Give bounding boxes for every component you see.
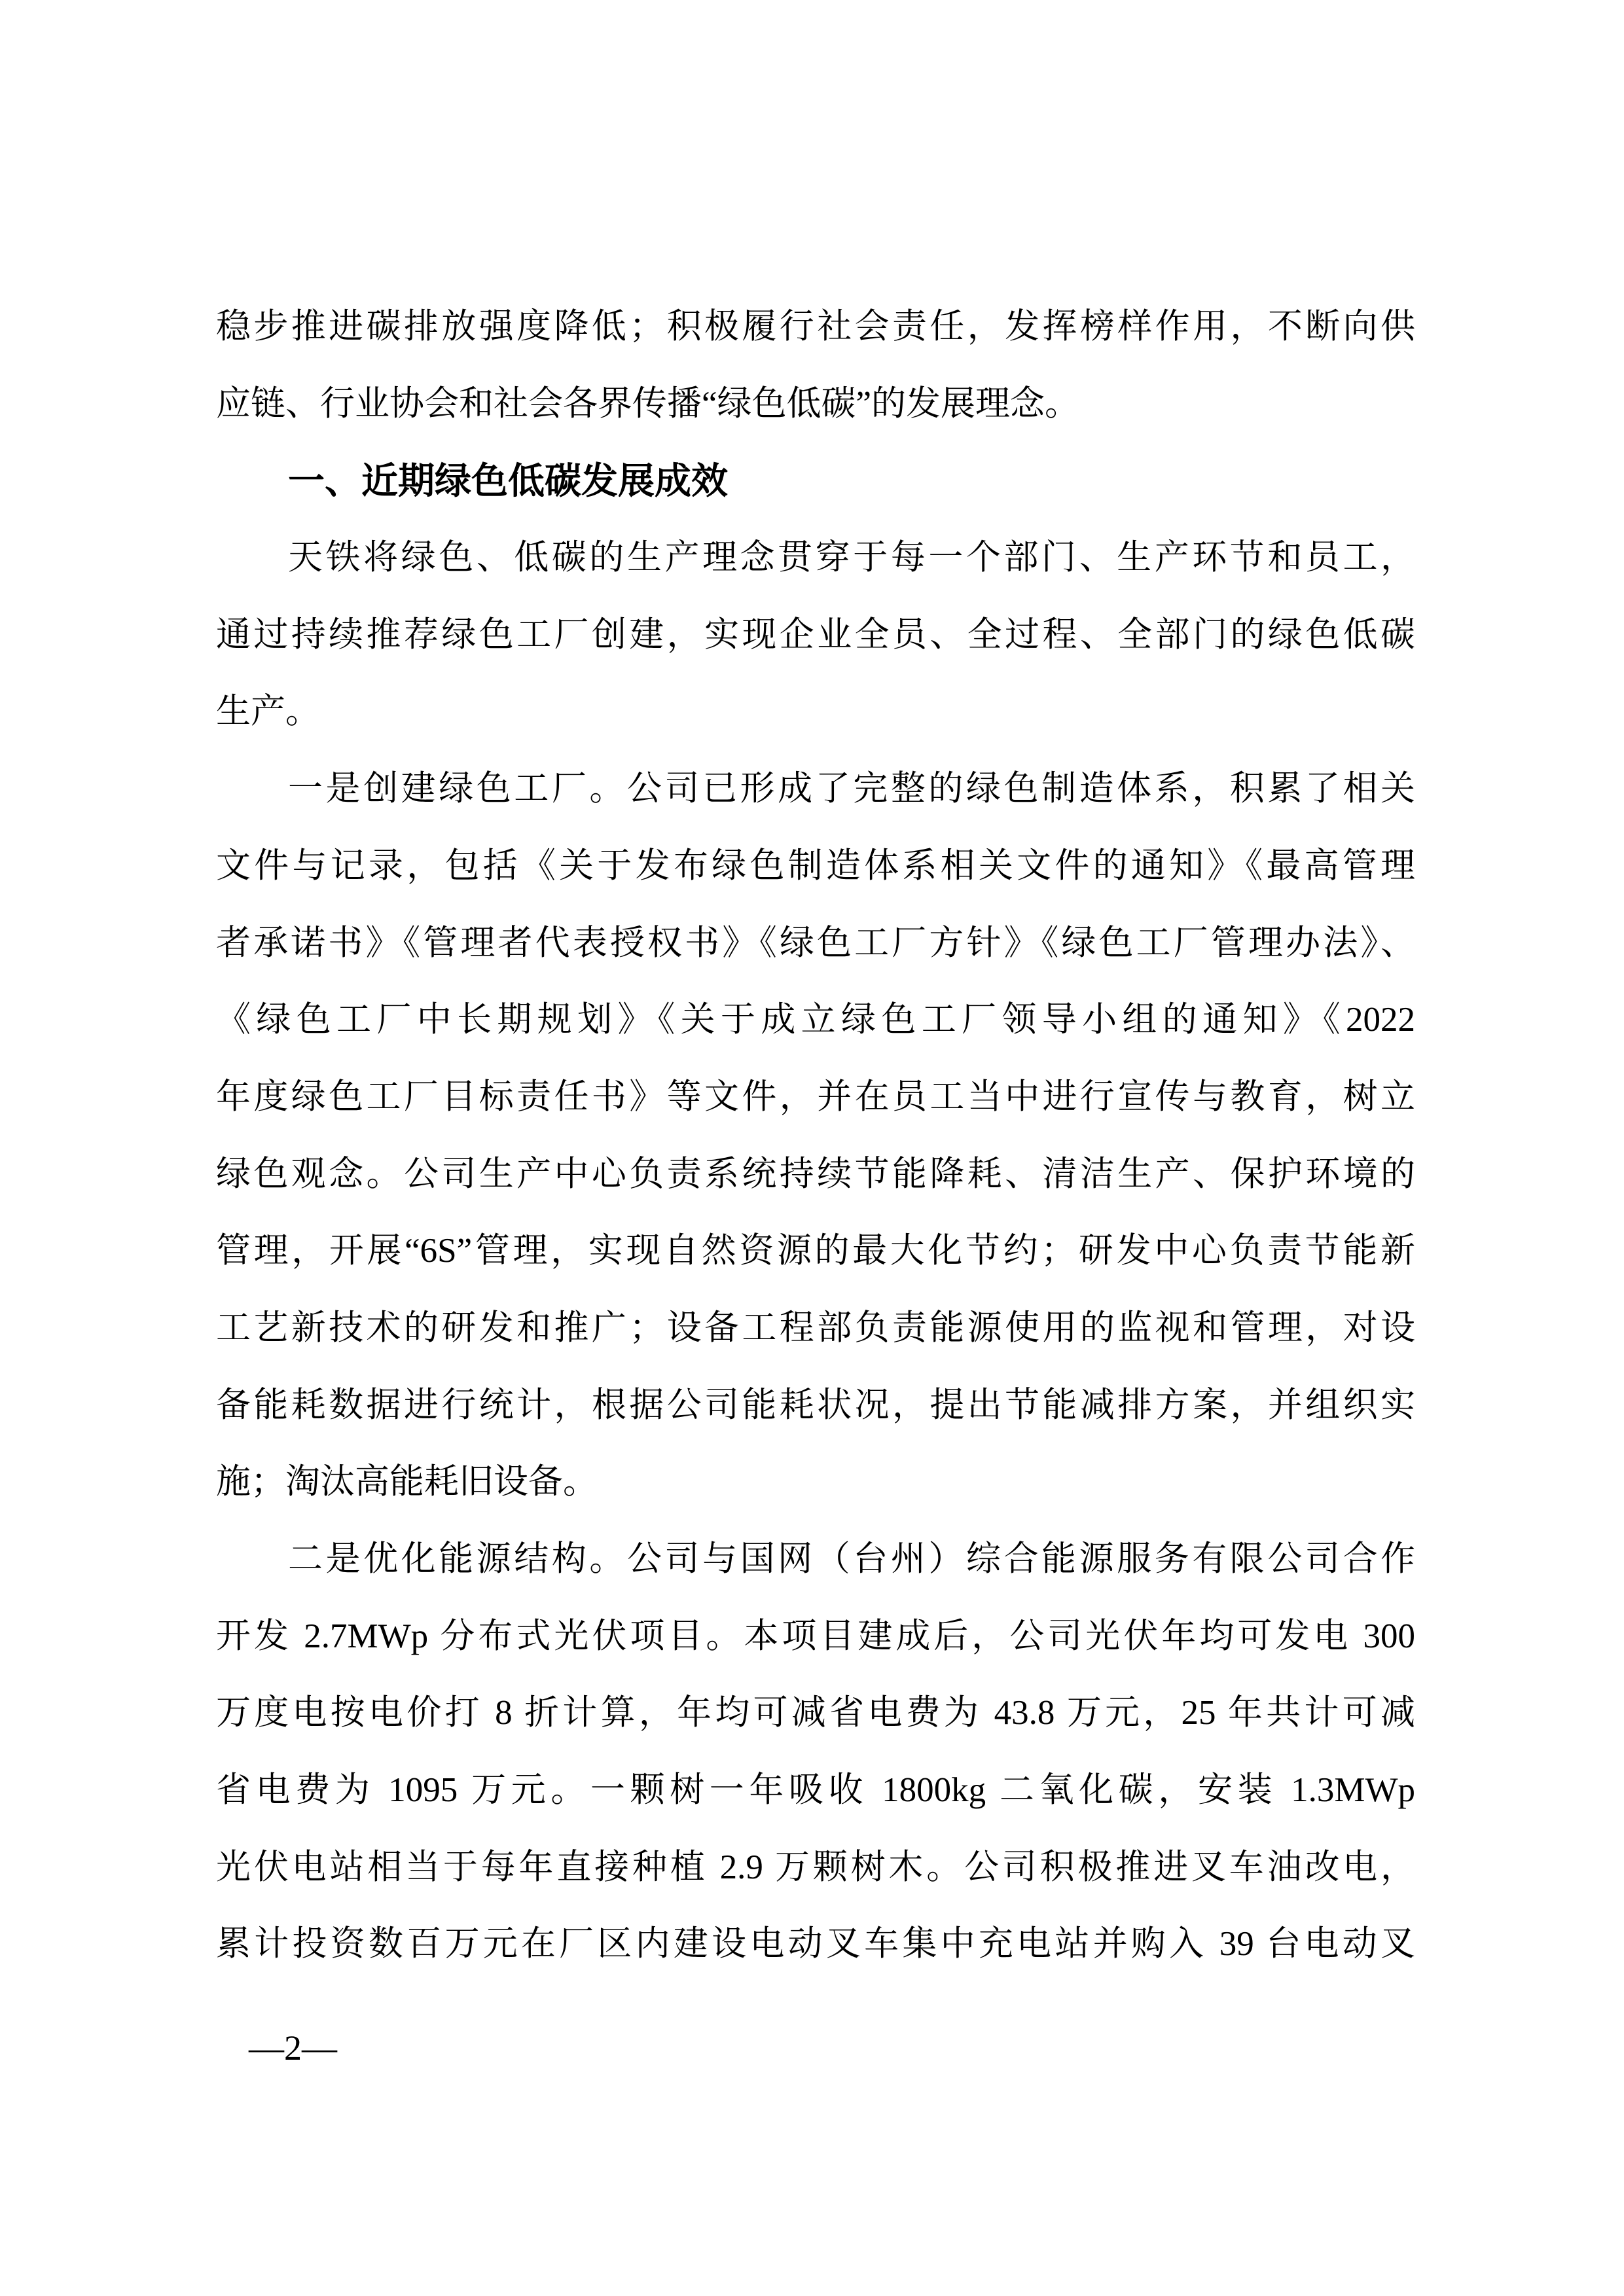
text-line: 省电费为 1095 万元。一颗树一年吸收 1800kg 二氧化碳，安装 1.3M…: [216, 1752, 1415, 1829]
text-line: 万度电按电价打 8 折计算，年均可减省电费为 43.8 万元，25 年共计可减: [216, 1675, 1415, 1752]
text-line: 开发 2.7MWp 分布式光伏项目。本项目建成后，公司光伏年均可发电 300: [216, 1598, 1415, 1676]
text-line: 光伏电站相当于每年直接种植 2.9 万颗树木。公司积极推进叉车油改电，: [216, 1829, 1415, 1907]
text-line: 通过持续推荐绿色工厂创建，实现企业全员、全过程、全部门的绿色低碳: [216, 597, 1415, 674]
text-line: 者承诺书》《管理者代表授权书》《绿色工厂方针》《绿色工厂管理办法》、: [216, 905, 1415, 982]
text-line: 稳步推进碳排放强度降低；积极履行社会责任，发挥榜样作用，不断向供: [216, 289, 1415, 366]
text-line: 生产。: [216, 673, 1415, 751]
text-line: 二是优化能源结构。公司与国网（台州）综合能源服务有限公司合作: [216, 1521, 1415, 1598]
text-line: 施；淘汰高能耗旧设备。: [216, 1444, 1415, 1521]
page-number: —2—: [249, 2025, 337, 2071]
text-line: 文件与记录，包括《关于发布绿色制造体系相关文件的通知》《最高管理: [216, 828, 1415, 905]
text-line: 一是创建绿色工厂。公司已形成了完整的绿色制造体系，积累了相关: [216, 751, 1415, 828]
text-line: 管理，开展“6S”管理，实现自然资源的最大化节约；研发中心负责节能新: [216, 1213, 1415, 1290]
text-line: 《绿色工厂中长期规划》《关于成立绿色工厂领导小组的通知》《2022: [216, 982, 1415, 1059]
document-page: 稳步推进碳排放强度降低；积极履行社会责任，发挥榜样作用，不断向供 应链、行业协会…: [0, 0, 1624, 2296]
section-heading: 一、近期绿色低碳发展成效: [216, 442, 1415, 520]
text-line: 年度绿色工厂目标责任书》等文件，并在员工当中进行宣传与教育，树立: [216, 1059, 1415, 1136]
text-line: 累计投资数百万元在厂区内建设电动叉车集中充电站并购入 39 台电动叉: [216, 1906, 1415, 1983]
text-line: 天铁将绿色、低碳的生产理念贯穿于每一个部门、生产环节和员工，: [216, 520, 1415, 597]
text-line: 绿色观念。公司生产中心负责系统持续节能降耗、清洁生产、保护环境的: [216, 1136, 1415, 1213]
text-line: 应链、行业协会和社会各界传播“绿色低碳”的发展理念。: [216, 366, 1415, 443]
text-line: 备能耗数据进行统计，根据公司能耗状况，提出节能减排方案，并组织实: [216, 1367, 1415, 1444]
text-line: 工艺新技术的研发和推广；设备工程部负责能源使用的监视和管理，对设: [216, 1290, 1415, 1367]
document-body: 稳步推进碳排放强度降低；积极履行社会责任，发挥榜样作用，不断向供 应链、行业协会…: [216, 289, 1415, 1983]
